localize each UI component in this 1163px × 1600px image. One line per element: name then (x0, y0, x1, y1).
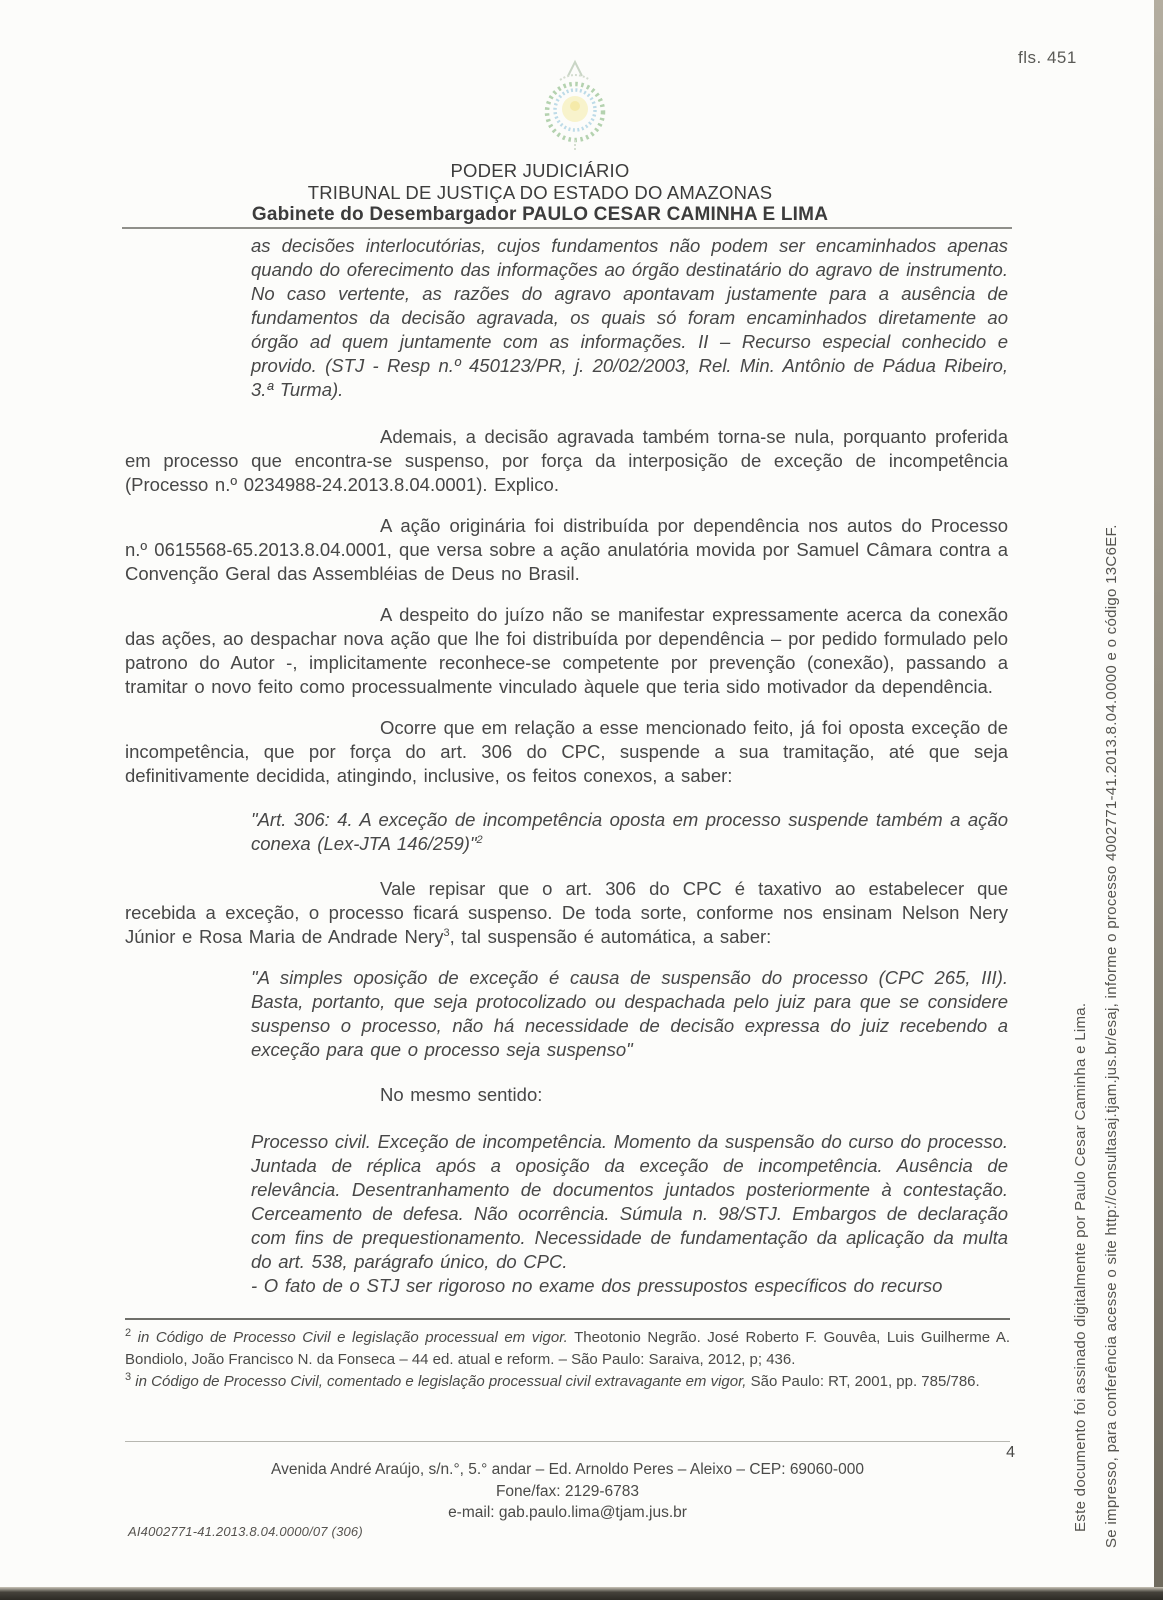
footnote-3-marker: 3 (125, 1371, 131, 1383)
quote-ementa: Processo civil. Exceção de incompetência… (251, 1130, 1008, 1298)
footnote-3-title: in Código de Processo Civil, comentado e… (135, 1373, 746, 1390)
footnote-3-text: São Paulo: RT, 2001, pp. 785/786. (751, 1373, 980, 1390)
footnote-ref-2: 2 (477, 834, 483, 846)
footer-phone: Fone/fax: 2129-6783 (125, 1481, 1010, 1503)
footnote-2-title: in Código de Processo Civil e legislação… (138, 1329, 568, 1346)
scan-edge-right-artifact (1154, 0, 1163, 1600)
coat-of-arms-seal-icon (530, 54, 620, 162)
quote-ementa-continuation: - O fato de o STJ ser rigoroso no exame … (251, 1274, 1008, 1298)
footnote-2-marker: 2 (125, 1327, 131, 1339)
paragraph-despeito-juizo: A despeito do juízo não se manifestar ex… (125, 603, 1008, 699)
paragraph-text: , tal suspensão é automática, a saber: (450, 926, 772, 947)
document-page: fls. 451 PODER JUDICIÁRIO TRIBUNAL DE JU… (0, 0, 1163, 1600)
scan-edge-bottom-artifact (0, 1587, 1163, 1600)
paragraph-acao-originaria: A ação originária foi distribuída por de… (125, 514, 1008, 586)
paragraph-ocorre: Ocorre que em relação a esse mencionado … (125, 716, 1008, 788)
paragraph-ademais: Ademais, a decisão agravada também torna… (125, 425, 1008, 497)
document-body: as decisões interlocutórias, cujos funda… (125, 234, 1008, 1298)
footnote-3: 3 in Código de Processo Civil, comentado… (125, 1371, 1010, 1393)
heading-no-mesmo-sentido: No mesmo sentido: (380, 1083, 1008, 1107)
header-org-line3: Gabinete do Desembargador PAULO CESAR CA… (60, 204, 1020, 226)
folio-number: fls. 451 (1018, 48, 1077, 68)
digital-signature-note: Este documento foi assinado digitalmente… (1072, 1003, 1089, 1532)
footer-address: Avenida André Araújo, s/n.°, 5.° andar –… (125, 1459, 1010, 1481)
document-header: PODER JUDICIÁRIO TRIBUNAL DE JUSTIÇA DO … (60, 160, 1020, 226)
footer-email: e-mail: gab.paulo.lima@tjam.jus.br (125, 1502, 1010, 1524)
quote-ementa-text: Processo civil. Exceção de incompetência… (251, 1130, 1008, 1274)
quote-text: "Art. 306: 4. A exceção de incompetência… (251, 809, 1008, 854)
paragraph-vale-repisar: Vale repisar que o art. 306 do CPC é tax… (125, 877, 1008, 949)
document-id: AI4002771-41.2013.8.04.0000/07 (306) (128, 1524, 363, 1539)
quote-stj-precedent: as decisões interlocutórias, cujos funda… (251, 234, 1008, 402)
header-org-line1: PODER JUDICIÁRIO (60, 160, 1020, 182)
quote-nery-doctrine: "A simples oposição de exceção é causa d… (251, 966, 1008, 1062)
footnotes-section: 2 in Código de Processo Civil e legislaç… (125, 1318, 1010, 1394)
header-divider (122, 227, 1012, 229)
quote-art-306: "Art. 306: 4. A exceção de incompetência… (251, 808, 1008, 856)
footer-contact-block: Avenida André Araújo, s/n.°, 5.° andar –… (125, 1459, 1010, 1524)
verification-instructions-note: Se impresso, para conferência acesse o s… (1103, 524, 1120, 1548)
footer-divider (125, 1441, 1010, 1442)
footnote-2: 2 in Código de Processo Civil e legislaç… (125, 1327, 1010, 1370)
header-org-line2: TRIBUNAL DE JUSTIÇA DO ESTADO DO AMAZONA… (60, 182, 1020, 204)
